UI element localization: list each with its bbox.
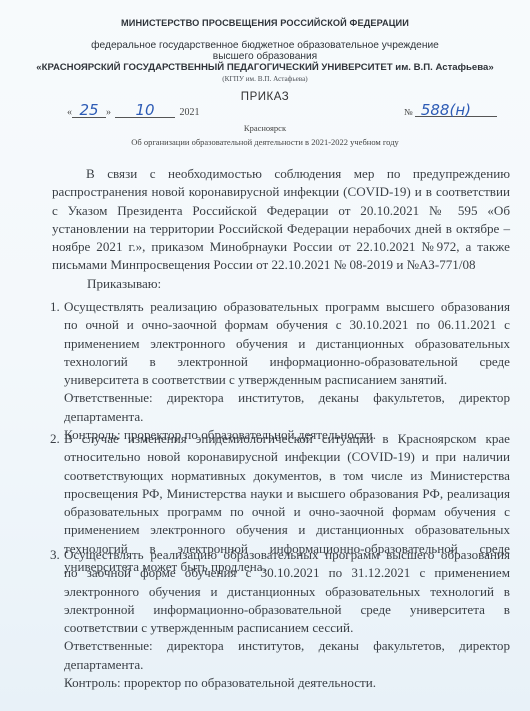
city: Красноярск <box>0 123 530 133</box>
institution-type-line1: федеральное государственное бюджетное об… <box>91 40 439 51</box>
institution-type: федеральное государственное бюджетное об… <box>0 40 530 62</box>
day-field: 25 <box>72 104 106 118</box>
order-item-3: 3. Осуществлять реализацию образовательн… <box>50 546 510 692</box>
document-page: МИНИСТЕРСТВО ПРОСВЕЩЕНИЯ РОССИЙСКОЙ ФЕДЕ… <box>0 0 530 711</box>
order-date: «25»10 2021 <box>67 104 200 118</box>
handwritten-month: 10 <box>135 101 154 119</box>
item-number: 2. <box>50 430 60 448</box>
intro-paragraph: В связи с необходимостью соблюдения мер … <box>52 165 510 275</box>
item-text: Осуществлять реализацию образовательных … <box>64 546 510 637</box>
handwritten-day: 25 <box>79 101 98 119</box>
item-control: Контроль: проректор по образовательной д… <box>64 674 510 692</box>
order-word: Приказываю: <box>87 276 161 292</box>
order-subject: Об организации образовательной деятельно… <box>0 137 530 147</box>
order-item-1: 1. Осуществлять реализацию образовательн… <box>50 298 510 444</box>
month-field: 10 <box>115 104 175 118</box>
number-label: № <box>404 107 413 117</box>
university-abbreviation: (КГПУ им. В.П. Астафьева) <box>0 75 530 83</box>
item-number: 1. <box>50 298 60 316</box>
ministry-heading: МИНИСТЕРСТВО ПРОСВЕЩЕНИЯ РОССИЙСКОЙ ФЕДЕ… <box>0 18 530 28</box>
order-number: № 588(н) <box>404 104 497 117</box>
item-number: 3. <box>50 546 60 564</box>
number-field: 588(н) <box>415 104 497 117</box>
item-responsible: Ответственные: директора институтов, дек… <box>64 637 510 674</box>
item-text: Осуществлять реализацию образовательных … <box>64 298 510 389</box>
handwritten-number: 588(н) <box>421 101 471 119</box>
university-name: «КРАСНОЯРСКИЙ ГОСУДАРСТВЕННЫЙ ПЕДАГОГИЧЕ… <box>0 62 530 73</box>
order-year: 2021 <box>180 107 200 118</box>
item-responsible: Ответственные: директора институтов, дек… <box>64 389 510 426</box>
institution-type-line2: высшего образования <box>0 51 530 62</box>
date-close-quote: » <box>106 107 111 118</box>
